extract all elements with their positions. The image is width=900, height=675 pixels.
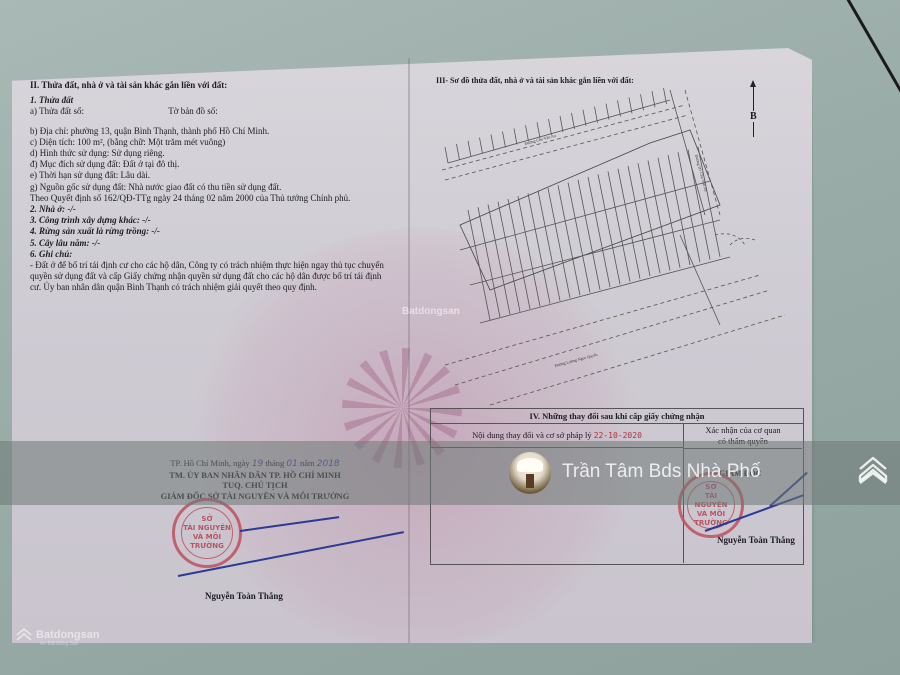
usage-purpose: đ) Mục đích sử dụng đất: Đất ở tại đô th… (30, 159, 400, 170)
signer-name-right: Nguyễn Toàn Thắng (717, 535, 795, 545)
center-watermark: Batdongsan (402, 306, 460, 317)
section-ii-title: II. Thửa đất, nhà ở và tài sản khác gắn … (30, 80, 400, 91)
decision: Theo Quyết định số 162/QĐ-TTg ngày 24 th… (30, 193, 400, 204)
land-number-label: a) Thửa đất số: (30, 106, 84, 116)
stacked-chevrons-logo-icon[interactable] (856, 455, 890, 489)
land-plot-map: Đường Chu Văn An Đường D1 Chu Văn An Đườ… (430, 85, 790, 415)
change-date: 22-10-2020 (594, 431, 642, 440)
notes-heading: 6. Ghi chú: (30, 249, 400, 260)
usage-origin: g) Nguồn gốc sử dụng đất: Nhà nước giao … (30, 182, 400, 193)
signer-name-left: Nguyễn Toàn Thắng (205, 591, 283, 601)
other-construction-item: 3. Công trình xây dựng khác: -/- (30, 215, 400, 226)
section-iii-title: III- Sơ đồ thửa đất, nhà ở và tài sản kh… (436, 76, 634, 85)
north-label: B (749, 111, 758, 122)
perennial-tree-item: 5. Cây lâu năm: -/- (30, 238, 400, 249)
note-line-2: quyền sử dụng đất và cấp Giấy chứng nhận… (30, 271, 400, 282)
note-line-3: cư. Ủy ban nhân dân quận Bình Thạnh có t… (30, 282, 400, 293)
official-stamp-left: SỞ TÀI NGUYÊN VÀ MÔI TRƯỜNG (172, 498, 242, 568)
seller-avatar[interactable] (509, 452, 551, 494)
street-label-right: Đường D1 Chu Văn An (694, 154, 709, 192)
land-number-row: a) Thửa đất số: Tờ bản đồ số: (30, 106, 400, 117)
usage-term: e) Thời hạn sử dụng đất: Lâu dài. (30, 170, 400, 181)
land-heading: 1. Thửa đất (30, 95, 400, 106)
map-sheet-label: Tờ bản đồ số: (168, 106, 218, 116)
usage-form: d) Hình thức sử dụng: Sử dụng riêng. (30, 148, 400, 159)
house-item: 2. Nhà ở: -/- (30, 204, 400, 215)
background-edge-line (835, 0, 900, 119)
batdongsan-watermark: Batdongsan (16, 628, 100, 642)
page-fold (408, 58, 410, 643)
street-label-bottom: Đường Lương Ngọc Quyến (554, 352, 598, 368)
seller-banner[interactable] (0, 441, 900, 505)
address: b) Địa chỉ: phường 13, quận Bình Thạnh, … (30, 126, 400, 137)
seller-name[interactable]: Trần Tâm Bds Nhà Phố (562, 461, 761, 483)
left-page-content: II. Thửa đất, nhà ở và tài sản khác gắn … (30, 80, 400, 294)
area: c) Diện tích: 100 m², (bằng chữ: Một tră… (30, 137, 400, 148)
note-line-1: - Đất ở để bố trí tái định cư cho các hộ… (30, 260, 400, 271)
forest-item: 4. Rừng sản xuất là rừng trồng: -/- (30, 226, 400, 237)
changes-table-title: IV. Những thay đổi sau khi cấp giấy chứn… (431, 409, 803, 424)
batdongsan-watermark-sub: An Bất Động Sản (40, 641, 79, 647)
batdongsan-logo-icon (16, 628, 32, 642)
